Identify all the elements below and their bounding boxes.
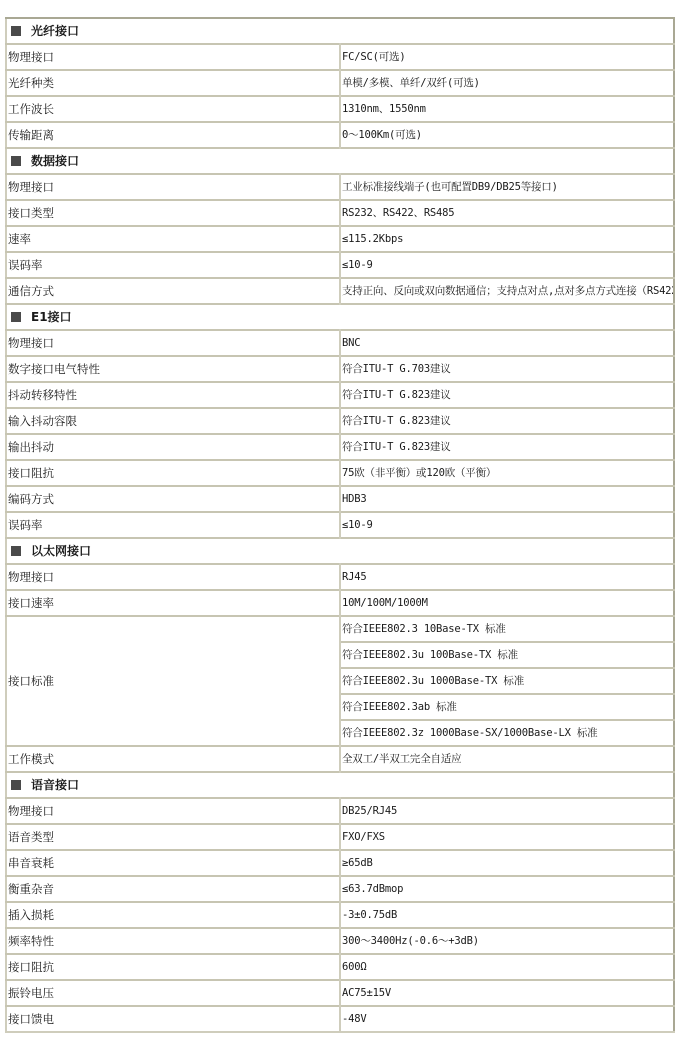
table-row: 频率特性300～3400Hz(-0.6～+3dB) [6, 928, 674, 954]
row-label: 物理接口 [6, 330, 340, 356]
table-row: 光纤种类单模/多模、单纤/双纤(可选) [6, 70, 674, 96]
table-row: 通信方式支持正向、反向或双向数据通信；支持点对点,点对多点方式连接（RS422、… [6, 278, 674, 304]
section-header-data: 数据接口 [6, 148, 674, 174]
table-row: 工作波长1310nm、1550nm [6, 96, 674, 122]
row-label: 振铃电压 [6, 980, 340, 1006]
table-row: 插入损耗-3±0.75dB [6, 902, 674, 928]
table-row: 输入抖动容限符合ITU-T G.823建议 [6, 408, 674, 434]
row-value: FXO/FXS [340, 824, 674, 850]
section-header-voice: 语音接口 [6, 772, 674, 798]
row-value: ≤63.7dBmop [340, 876, 674, 902]
row-label: 接口阻抗 [6, 954, 340, 980]
row-value: -48V [340, 1006, 674, 1032]
table-row: 串音衰耗≥65dB [6, 850, 674, 876]
row-label: 通信方式 [6, 278, 340, 304]
section-header-e1: E1接口 [6, 304, 674, 330]
row-value: 符合IEEE802.3z 1000Base-SX/1000Base-LX 标准 [340, 720, 674, 746]
row-value: 符合ITU-T G.823建议 [340, 382, 674, 408]
table-row: 误码率≤10-9 [6, 512, 674, 538]
row-label: 光纤种类 [6, 70, 340, 96]
row-value: 600Ω [340, 954, 674, 980]
square-bullet-icon [11, 26, 21, 36]
row-value: 符合IEEE802.3 10Base-TX 标准 [340, 616, 674, 642]
table-row: 数字接口电气特性符合ITU-T G.703建议 [6, 356, 674, 382]
row-label: 抖动转移特性 [6, 382, 340, 408]
table-row: 物理接口DB25/RJ45 [6, 798, 674, 824]
table-row: 编码方式HDB3 [6, 486, 674, 512]
row-label: 数字接口电气特性 [6, 356, 340, 382]
row-value: AC75±15V [340, 980, 674, 1006]
row-value: 符合IEEE802.3u 1000Base-TX 标准 [340, 668, 674, 694]
row-value: 符合ITU-T G.823建议 [340, 408, 674, 434]
table-row: 输出抖动符合ITU-T G.823建议 [6, 434, 674, 460]
row-label: 物理接口 [6, 564, 340, 590]
row-label: 物理接口 [6, 44, 340, 70]
row-value: ≤10-9 [340, 252, 674, 278]
table-row: 接口标准 符合IEEE802.3 10Base-TX 标准 [6, 616, 674, 642]
table-row: 物理接口RJ45 [6, 564, 674, 590]
row-value: 符合ITU-T G.703建议 [340, 356, 674, 382]
row-value: HDB3 [340, 486, 674, 512]
table-row: 误码率≤10-9 [6, 252, 674, 278]
row-value: -3±0.75dB [340, 902, 674, 928]
row-value: 10M/100M/1000M [340, 590, 674, 616]
table-row: 振铃电压AC75±15V [6, 980, 674, 1006]
row-label: 工作模式 [6, 746, 340, 772]
row-value: 符合ITU-T G.823建议 [340, 434, 674, 460]
row-label: 传输距离 [6, 122, 340, 148]
row-label: 接口阻抗 [6, 460, 340, 486]
table-row: 接口阻抗600Ω [6, 954, 674, 980]
table-row: 抖动转移特性符合ITU-T G.823建议 [6, 382, 674, 408]
row-value: ≤115.2Kbps [340, 226, 674, 252]
row-value: 支持正向、反向或双向数据通信；支持点对点,点对多点方式连接（RS422、RS48… [340, 278, 674, 304]
row-label: 接口类型 [6, 200, 340, 226]
row-label: 插入损耗 [6, 902, 340, 928]
row-value: 单模/多模、单纤/双纤(可选) [340, 70, 674, 96]
table-row: 语音类型FXO/FXS [6, 824, 674, 850]
table-row: 接口速率10M/100M/1000M [6, 590, 674, 616]
row-label: 物理接口 [6, 174, 340, 200]
row-label: 编码方式 [6, 486, 340, 512]
spec-table: 光纤接口 物理接口FC/SC(可选) 光纤种类单模/多模、单纤/双纤(可选) 工… [5, 17, 675, 1033]
section-title: 以太网接口 [31, 544, 91, 558]
row-value: 符合IEEE802.3u 100Base-TX 标准 [340, 642, 674, 668]
row-label: 接口馈电 [6, 1006, 340, 1032]
section-header-ethernet: 以太网接口 [6, 538, 674, 564]
square-bullet-icon [11, 780, 21, 790]
row-label: 误码率 [6, 252, 340, 278]
row-label: 误码率 [6, 512, 340, 538]
row-label: 输入抖动容限 [6, 408, 340, 434]
row-label: 工作波长 [6, 96, 340, 122]
row-label: 接口标准 [6, 616, 340, 746]
table-row: 传输距离0～100Km(可选) [6, 122, 674, 148]
section-header-fiber: 光纤接口 [6, 18, 674, 44]
row-value: ≤10-9 [340, 512, 674, 538]
section-title: 数据接口 [31, 154, 79, 168]
row-value: BNC [340, 330, 674, 356]
table-row: 物理接口BNC [6, 330, 674, 356]
row-label: 接口速率 [6, 590, 340, 616]
table-row: 工作模式全双工/半双工完全自适应 [6, 746, 674, 772]
table-row: 物理接口工业标准接线端子(也可配置DB9/DB25等接口) [6, 174, 674, 200]
row-value: 0～100Km(可选) [340, 122, 674, 148]
table-row: 接口馈电-48V [6, 1006, 674, 1032]
square-bullet-icon [11, 156, 21, 166]
table-row: 速率≤115.2Kbps [6, 226, 674, 252]
section-title: 语音接口 [31, 778, 79, 792]
table-row: 物理接口FC/SC(可选) [6, 44, 674, 70]
square-bullet-icon [11, 546, 21, 556]
row-value: FC/SC(可选) [340, 44, 674, 70]
row-value: ≥65dB [340, 850, 674, 876]
row-value: DB25/RJ45 [340, 798, 674, 824]
row-value: RJ45 [340, 564, 674, 590]
row-value: RS232、RS422、RS485 [340, 200, 674, 226]
row-label: 速率 [6, 226, 340, 252]
row-label: 输出抖动 [6, 434, 340, 460]
row-label: 物理接口 [6, 798, 340, 824]
table-row: 接口类型RS232、RS422、RS485 [6, 200, 674, 226]
row-value: 全双工/半双工完全自适应 [340, 746, 674, 772]
row-value: 1310nm、1550nm [340, 96, 674, 122]
row-value: 符合IEEE802.3ab 标准 [340, 694, 674, 720]
section-title: 光纤接口 [31, 24, 79, 38]
row-label: 衡重杂音 [6, 876, 340, 902]
row-label: 频率特性 [6, 928, 340, 954]
table-row: 衡重杂音≤63.7dBmop [6, 876, 674, 902]
square-bullet-icon [11, 312, 21, 322]
row-label: 语音类型 [6, 824, 340, 850]
section-title: E1接口 [31, 310, 72, 324]
table-row: 接口阻抗75欧（非平衡）或120欧（平衡） [6, 460, 674, 486]
row-value: 300～3400Hz(-0.6～+3dB) [340, 928, 674, 954]
row-value: 75欧（非平衡）或120欧（平衡） [340, 460, 674, 486]
row-value: 工业标准接线端子(也可配置DB9/DB25等接口) [340, 174, 674, 200]
row-label: 串音衰耗 [6, 850, 340, 876]
